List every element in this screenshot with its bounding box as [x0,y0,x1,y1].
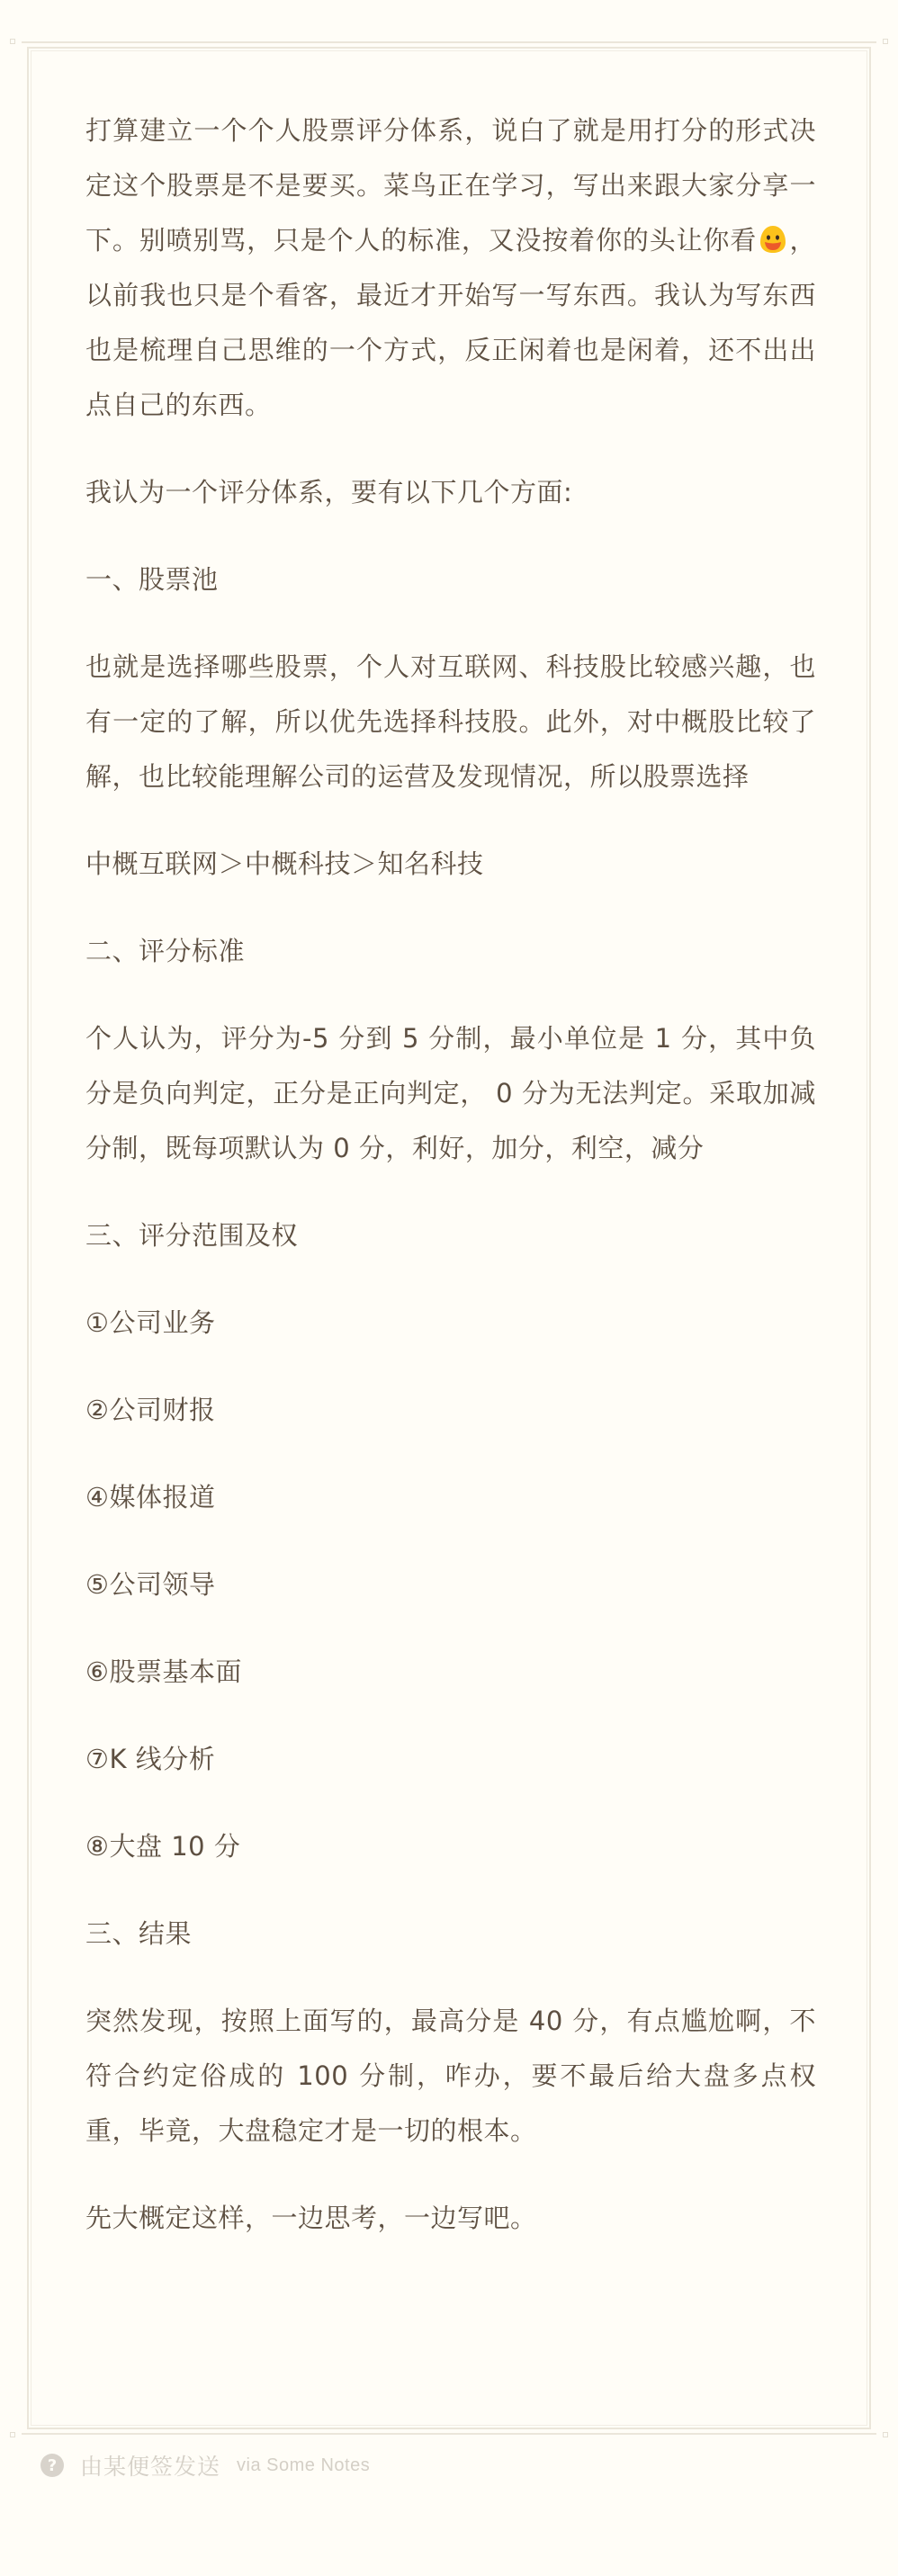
sent-by-label: 由某便签发送 [80,2449,220,2482]
scoring-standard-paragraph: 个人认为，评分为-5 分到 5 分制，最小单位是 1 分，其中负分是负向判定，正… [85,1011,816,1176]
frame-corner-top-right [883,39,888,44]
frame-corner-bottom-left [10,2432,15,2437]
aspects-intro: 我认为一个评分体系，要有以下几个方面: [85,465,816,520]
note-body: 打算建立一个个人股票评分体系，说白了就是用打分的形式决定这个股票是不是要买。菜鸟… [85,103,816,2278]
result-paragraph: 突然发现，按照上面写的，最高分是 40 分，有点尴尬啊，不符合约定俗成的 100… [85,1994,816,2159]
stock-pool-priority: 中概互联网＞中概科技＞知名科技 [85,837,816,892]
via-app-label: via Some Notes [237,2455,370,2476]
list-item: ⑤公司领导 [85,1557,816,1612]
list-item: ④媒体报道 [85,1470,816,1525]
section-heading-scoring-scope: 三、评分范围及权 [85,1208,816,1263]
section-heading-result: 三、结果 [85,1907,816,1961]
list-item: ①公司业务 [85,1296,816,1351]
closing-paragraph: 先大概定这样，一边思考，一边写吧。 [85,2191,816,2246]
intro-text-before-emoji: 打算建立一个个人股票评分体系，说白了就是用打分的形式决定这个股票是不是要买。菜鸟… [85,115,816,256]
intro-paragraph: 打算建立一个个人股票评分体系，说白了就是用打分的形式决定这个股票是不是要买。菜鸟… [85,103,816,433]
frame-corner-bottom-right [883,2432,888,2437]
frame-corner-top-left [10,39,15,44]
stock-pool-paragraph: 也就是选择哪些股票，个人对互联网、科技股比较感兴趣，也有一定的了解，所以优先选择… [85,640,816,804]
section-heading-stock-pool: 一、股票池 [85,552,816,607]
section-heading-scoring-standard: 二、评分标准 [85,924,816,979]
list-item: ⑧大盘 10 分 [85,1819,816,1874]
list-item: ②公司财报 [85,1383,816,1438]
list-item: ⑥股票基本面 [85,1645,816,1700]
footer-attribution[interactable]: ? 由某便签发送 via Some Notes [40,2449,370,2482]
help-icon[interactable]: ? [40,2454,64,2477]
list-item: ⑦K 线分析 [85,1732,816,1787]
smiling-face-emoji-icon [758,224,788,255]
